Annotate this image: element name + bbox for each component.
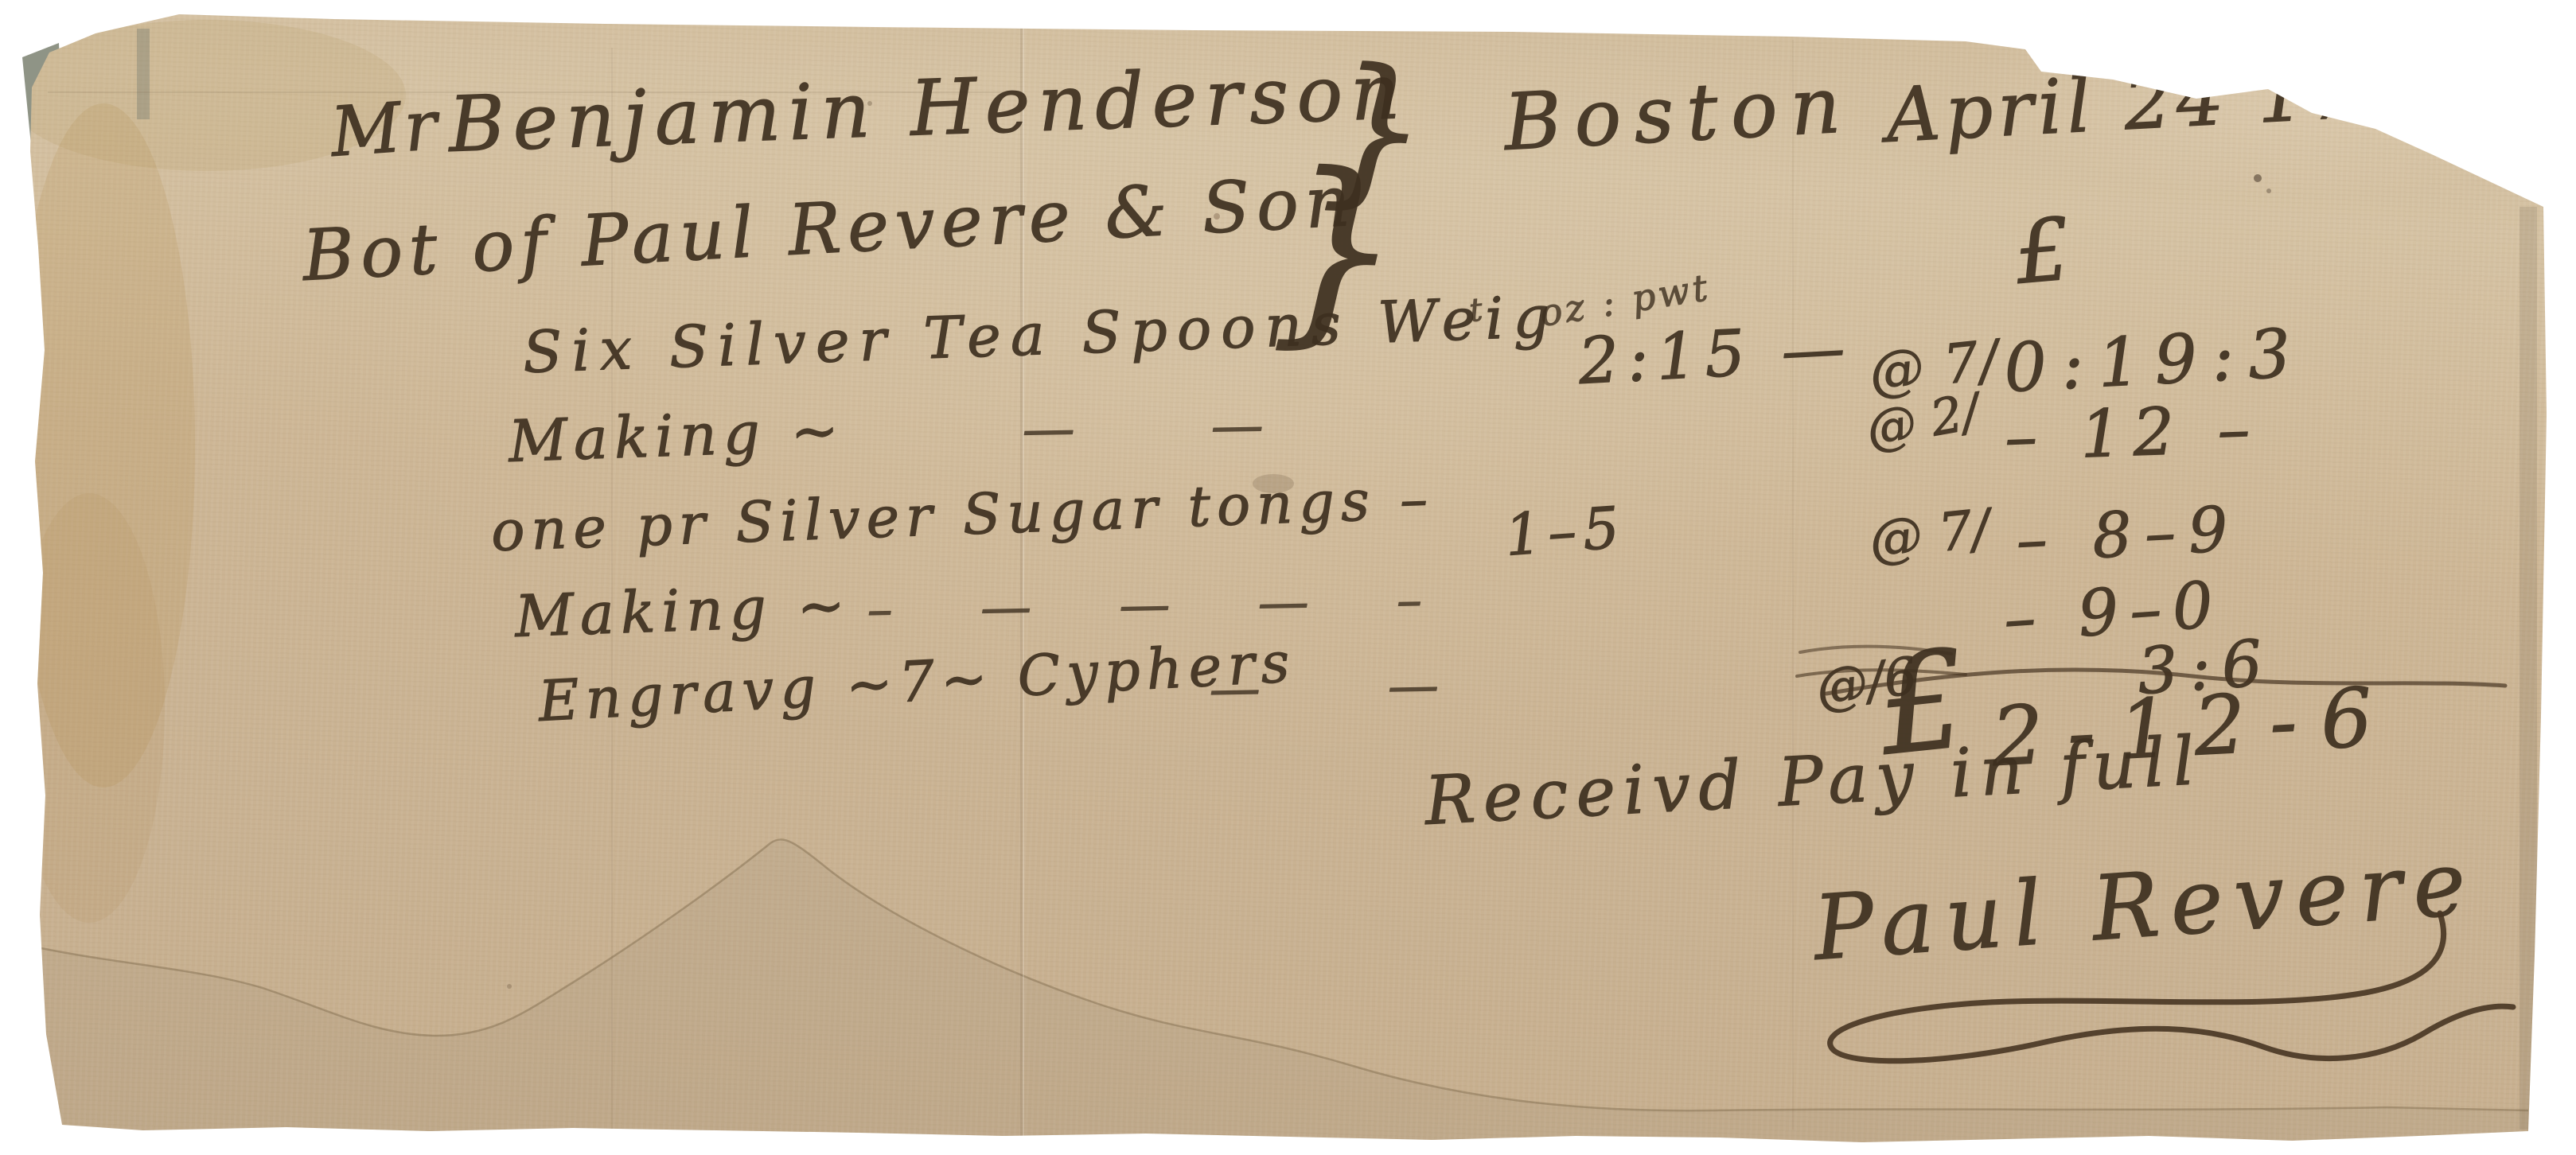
addressee-name: Benjamin Henderson: [446, 47, 1409, 169]
place: Boston: [1500, 60, 1855, 169]
item-dashes: — —: [1022, 395, 1264, 460]
item-description: Six Silver Tea Spoons Weig: [522, 283, 1561, 386]
receipt-note: Receivd Pay in full: [1421, 721, 2204, 840]
item-description: Making ~: [512, 571, 853, 650]
date: April 24 1795: [1878, 43, 2469, 160]
receipt-paper: Mr Benjamin Henderson } Boston April 24 …: [0, 0, 2576, 1155]
item-amount: 0:19:3: [2002, 313, 2307, 407]
item-weight: 2:15 —: [1576, 310, 1854, 399]
scanned-receipt: Mr Benjamin Henderson } Boston April 24 …: [0, 0, 2576, 1155]
item-weight: 1–5: [1502, 494, 1627, 569]
addressee-prefix: Mr: [326, 86, 443, 173]
item-description: one pr Silver Sugar tongs –: [490, 466, 1436, 564]
currency-column-symbol: £: [2010, 200, 2074, 304]
item-amount: – 12 –: [2003, 391, 2262, 476]
item-amount: – 8–9: [2014, 493, 2242, 577]
item-rate: @ 7/: [1867, 497, 1997, 571]
signature: Paul Revere: [1809, 831, 2481, 981]
bought-line: Bot of Paul Revere & Son: [299, 160, 1358, 297]
handwriting-layer: Mr Benjamin Henderson } Boston April 24 …: [0, 0, 2576, 1155]
item-dashes: — —: [1209, 656, 1440, 719]
item-description: Making ~: [506, 396, 847, 475]
item-dashes: – — — — –: [867, 571, 1423, 640]
